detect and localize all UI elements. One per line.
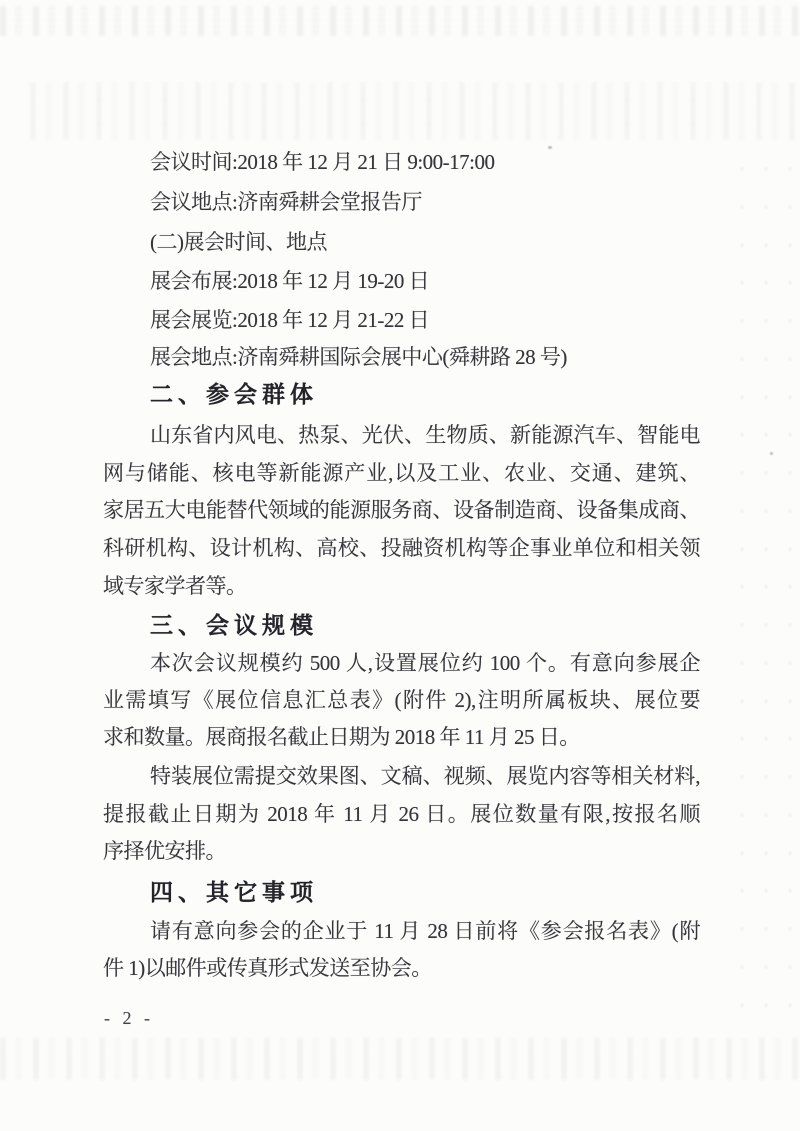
doc-line: 业需填写《展位信息汇总表》(附件 2),注明所属板块、展位要: [103, 686, 700, 714]
doc-line: 序择优安排。: [103, 837, 226, 865]
scan-noise-bottom-band: [0, 1038, 800, 1080]
doc-line: 山东省内风电、热泵、光伏、生物质、新能源汽车、智能电: [150, 421, 700, 449]
section-heading-participants: 二、参会群体: [150, 380, 318, 408]
doc-line-meeting-place: 会议地点:济南舜耕会堂报告厅: [150, 188, 422, 216]
doc-line-show-date: 展会展览:2018 年 12 月 21-22 日: [150, 306, 429, 334]
scan-speck: [548, 146, 552, 149]
scan-noise-right-specks: [730, 150, 800, 1010]
doc-line: 本次会议规模约 500 人,设置展位约 100 个。有意向参展企: [150, 649, 700, 677]
doc-line: 请有意向参会的企业于 11 月 28 日前将《参会报名表》(附: [150, 917, 700, 945]
doc-line: 特装展位需提交效果图、文稿、视频、展览内容等相关材料,: [150, 762, 700, 790]
page-number: - 2 -: [104, 1008, 154, 1029]
scan-noise-top-band: [0, 6, 800, 36]
doc-line: 家居五大电能替代领域的能源服务商、设备制造商、设备集成商、: [103, 496, 700, 524]
scan-speck: [770, 452, 773, 455]
scanned-document-page: 会议时间:2018 年 12 月 21 日 9:00-17:00 会议地点:济南…: [0, 0, 800, 1131]
doc-line: 科研机构、设计机构、高校、投融资机构等企事业单位和相关领: [103, 534, 700, 562]
doc-line: 提报截止日期为 2018 年 11 月 26 日。展位数量有限,按报名顺: [103, 800, 700, 828]
section-heading-other: 四、其它事项: [150, 878, 318, 906]
doc-line-subheading-exhibition: (二)展会时间、地点: [150, 228, 327, 256]
doc-line-meeting-time: 会议时间:2018 年 12 月 21 日 9:00-17:00: [150, 148, 495, 176]
doc-line: 域专家学者等。: [103, 572, 247, 600]
doc-line: 求和数量。展商报名截止日期为 2018 年 11 月 25 日。: [103, 723, 580, 751]
doc-line-setup-date: 展会布展:2018 年 12 月 19-20 日: [150, 267, 429, 295]
doc-line: 件 1)以邮件或传真形式发送至协会。: [103, 954, 432, 982]
doc-line: 网与储能、核电等新能源产业,以及工业、农业、交通、建筑、: [103, 459, 700, 487]
section-heading-scale: 三、会议规模: [150, 611, 318, 639]
scan-noise-upper-band: [30, 82, 800, 140]
doc-line-show-place: 展会地点:济南舜耕国际会展中心(舜耕路 28 号): [150, 343, 567, 371]
